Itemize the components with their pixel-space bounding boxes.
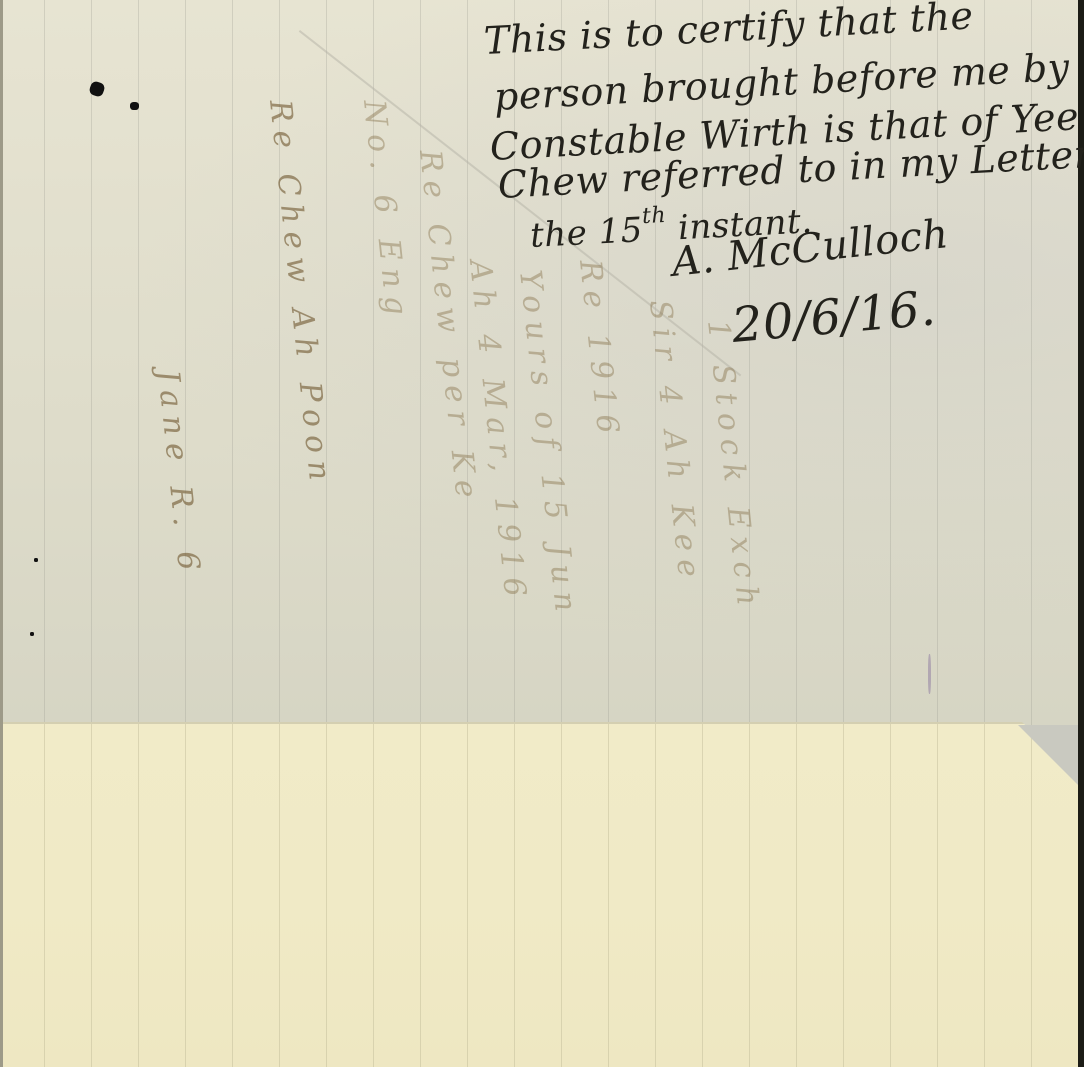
document-scan: Jane R. 6 Re Chew Ah Poon No. 6 Eng Re C… (0, 0, 1084, 1067)
ink-speck (30, 632, 34, 636)
lower-flap (0, 722, 1078, 1067)
ink-speck (34, 558, 38, 562)
certificate-line-text: the 15 (529, 210, 644, 256)
ordinal-superscript: th (641, 203, 666, 229)
scanner-edge-left (0, 0, 3, 1067)
ink-mark (928, 654, 931, 694)
ink-speck (130, 102, 139, 110)
